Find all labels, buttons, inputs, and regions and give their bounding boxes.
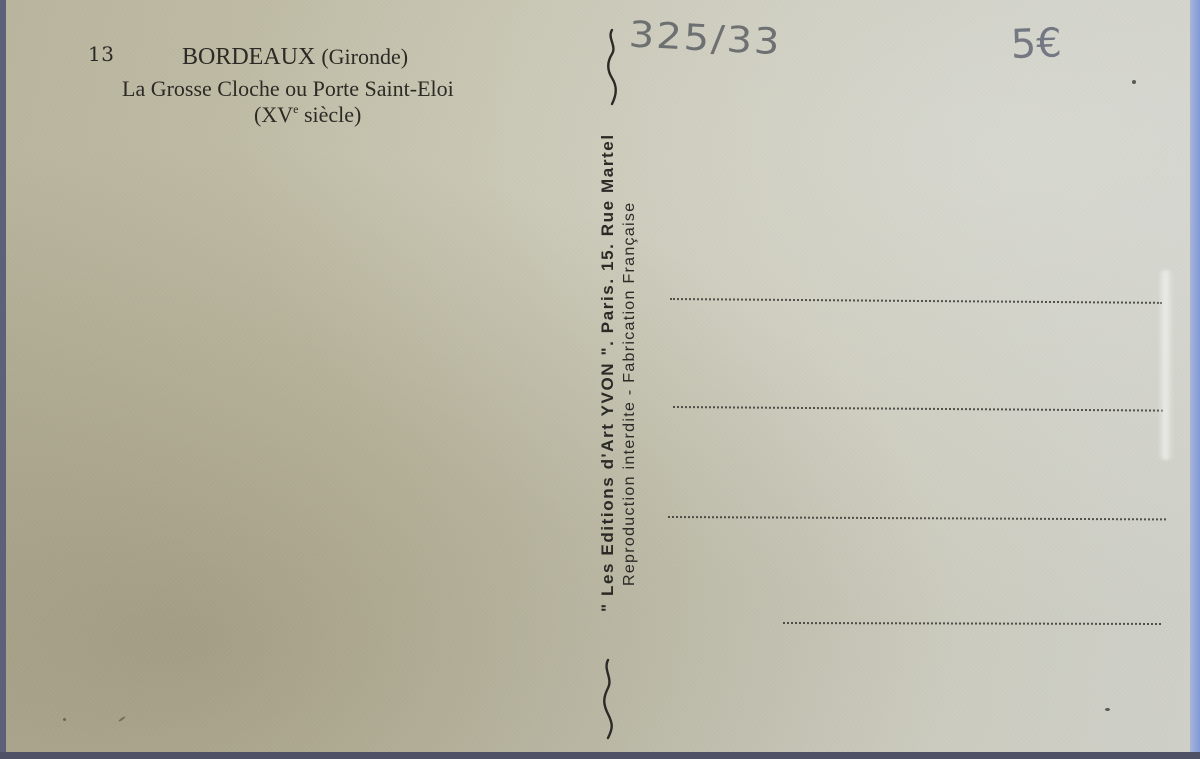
imprint-rights: Reproduction interdite - Fabrication Fra… — [619, 133, 641, 612]
caption-city: BORDEAUX — [182, 44, 315, 70]
sleeve-glare — [1158, 270, 1174, 460]
century-prefix: (XV — [254, 102, 293, 127]
paper-speck — [1132, 80, 1136, 84]
paper-speck — [63, 718, 66, 721]
handwritten-price: 5€ — [1010, 20, 1062, 68]
publisher-imprint: " Les Editions d'Art YVON ". Paris. 15. … — [597, 133, 641, 612]
paper-speck — [1105, 708, 1110, 711]
divider-squiggle-top-icon — [603, 28, 621, 106]
caption-title: BORDEAUX (Gironde) — [182, 44, 408, 71]
century-suffix: siècle) — [298, 102, 361, 127]
handwritten-reference: 325/33 — [628, 14, 783, 63]
divider-squiggle-bottom-icon — [598, 658, 616, 740]
postcard-photo: 13 BORDEAUX (Gironde) La Grosse Cloche o… — [0, 0, 1200, 759]
photo-bottom-edge — [0, 752, 1200, 759]
caption-number: 13 — [88, 42, 114, 66]
photo-right-edge — [1190, 0, 1200, 759]
caption-century: (XVe siècle) — [254, 102, 361, 128]
imprint-publisher: " Les Editions d'Art YVON ". Paris. 15. … — [597, 133, 619, 612]
caption-department: (Gironde) — [321, 44, 408, 69]
caption-subject: La Grosse Cloche ou Porte Saint-Eloi — [122, 76, 522, 102]
